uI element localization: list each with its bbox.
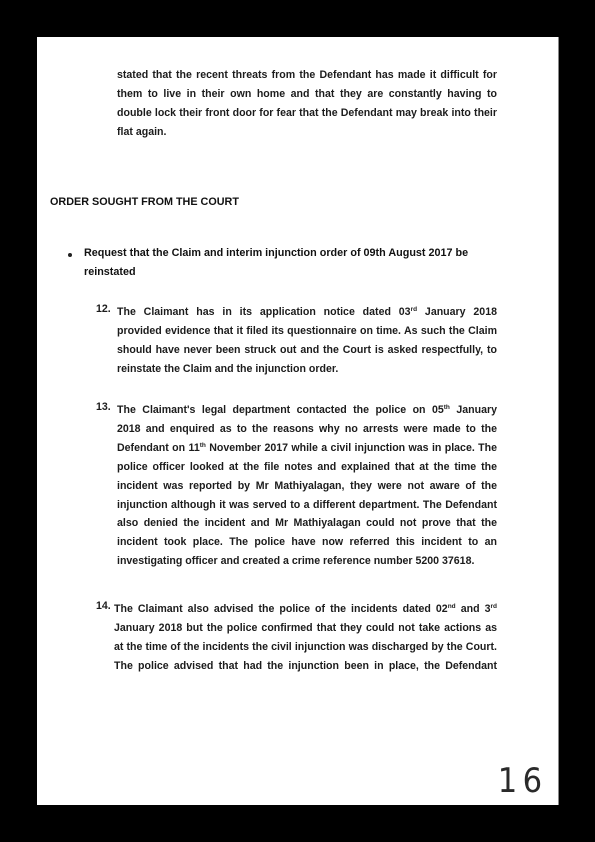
continuation-paragraph: stated that the recent threats from the …	[117, 66, 497, 142]
text-line: The Claimant's legal department contacte…	[117, 401, 497, 420]
text-line: Defendant on 11th November 2017 while a …	[117, 439, 497, 458]
text-line: 2018 and enquired as to the reasons why …	[117, 420, 497, 439]
numbered-item-13: The Claimant's legal department contacte…	[117, 401, 497, 571]
text-line: investigating officer and created a crim…	[117, 552, 497, 571]
text-line: incident took place. The police have now…	[117, 533, 497, 552]
ordinal-superscript: nd	[448, 603, 456, 610]
ordinal-superscript: th	[444, 404, 450, 411]
text-line: also denied the incident and Mr Mathiyal…	[117, 514, 497, 533]
text-line: January 2018 but the police confirmed th…	[114, 619, 497, 638]
numbered-item-14: The Claimant also advised the police of …	[114, 600, 497, 676]
text-line: double lock their front door for fear th…	[117, 104, 497, 123]
text-line: The police advised that had the injuncti…	[114, 657, 497, 676]
item-number: 12.	[96, 303, 111, 315]
bullet-icon	[68, 253, 72, 257]
text-line: incident was reported by Mr Mathiyalagan…	[117, 477, 497, 496]
text-line: at the time of the incidents the civil i…	[114, 638, 497, 657]
section-heading: ORDER SOUGHT FROM THE COURT	[50, 196, 239, 208]
handwritten-page-number: 16	[497, 761, 547, 801]
text-line: police officer looked at the file notes …	[117, 458, 497, 477]
text-line: them to live in their own home and that …	[117, 85, 497, 104]
bullet-request: Request that the Claim and interim injun…	[84, 244, 497, 281]
document-page: stated that the recent threats from the …	[37, 37, 559, 805]
ordinal-superscript: th	[200, 442, 206, 449]
ordinal-superscript: rd	[411, 306, 418, 313]
item-number: 13.	[96, 401, 111, 413]
text-line: reinstate the Claim and the injunction o…	[117, 360, 497, 379]
text-line: should have never been struck out and th…	[117, 341, 497, 360]
text-line: stated that the recent threats from the …	[117, 66, 497, 85]
text-line: The Claimant has in its application noti…	[117, 303, 497, 322]
ordinal-superscript: rd	[491, 603, 498, 610]
text-line: provided evidence that it filed its ques…	[117, 322, 497, 341]
text-line: injunction although it was served to a d…	[117, 496, 497, 515]
item-number: 14.	[96, 600, 111, 612]
text-line: Request that the Claim and interim injun…	[84, 244, 497, 263]
text-line: reinstated	[84, 263, 497, 282]
numbered-item-12: The Claimant has in its application noti…	[117, 303, 497, 379]
text-line: flat again.	[117, 123, 497, 142]
text-line: The Claimant also advised the police of …	[114, 600, 497, 619]
